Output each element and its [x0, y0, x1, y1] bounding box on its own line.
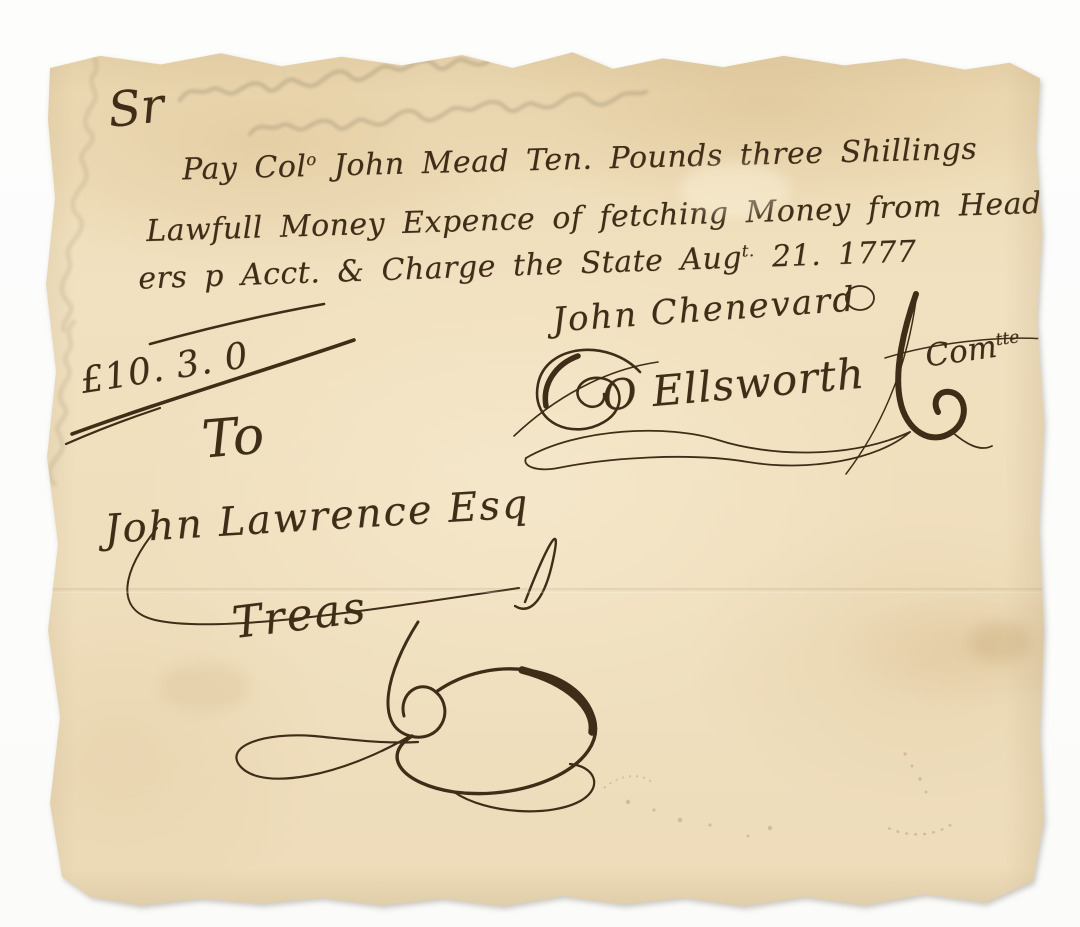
order-line-1-text: Pay Col: [182, 149, 307, 187]
manuscript-paper-wrap: Sr Pay Colo John Mead Ten. Pounds three …: [40, 42, 1045, 907]
salutation-text: Sr: [105, 77, 166, 139]
order-line-2-text: Lawfull Money Expence of fetching Money …: [146, 183, 1080, 250]
order-date: 21. 1777: [754, 234, 917, 275]
signature-chenevard: John Chenevard: [551, 279, 857, 340]
manuscript-paper: Sr Pay Colo John Mead Ten. Pounds three …: [40, 42, 1045, 907]
committee-brace: [832, 282, 997, 482]
address-to-label: To: [200, 405, 267, 470]
faded-ink-marks: [558, 732, 1018, 872]
order-line-3-superscript: t.: [741, 241, 755, 260]
to-label: To: [200, 405, 267, 470]
fold-crease: [40, 588, 1045, 593]
salutation-label: Sr: [105, 77, 166, 139]
signature-chenevard-name: John Chenevard: [551, 279, 857, 340]
paper-stain: [970, 622, 1030, 662]
order-line-2: Lawfull Money Expence of fetching Money …: [146, 182, 1080, 249]
scanned-document-page: Sr Pay Colo John Mead Ten. Pounds three …: [0, 0, 1080, 927]
order-line-3-text: ers p Acct. & Charge the State Aug: [138, 241, 743, 297]
committee-superscript: tte: [994, 327, 1020, 350]
order-line-1-superscript: o: [306, 150, 317, 169]
